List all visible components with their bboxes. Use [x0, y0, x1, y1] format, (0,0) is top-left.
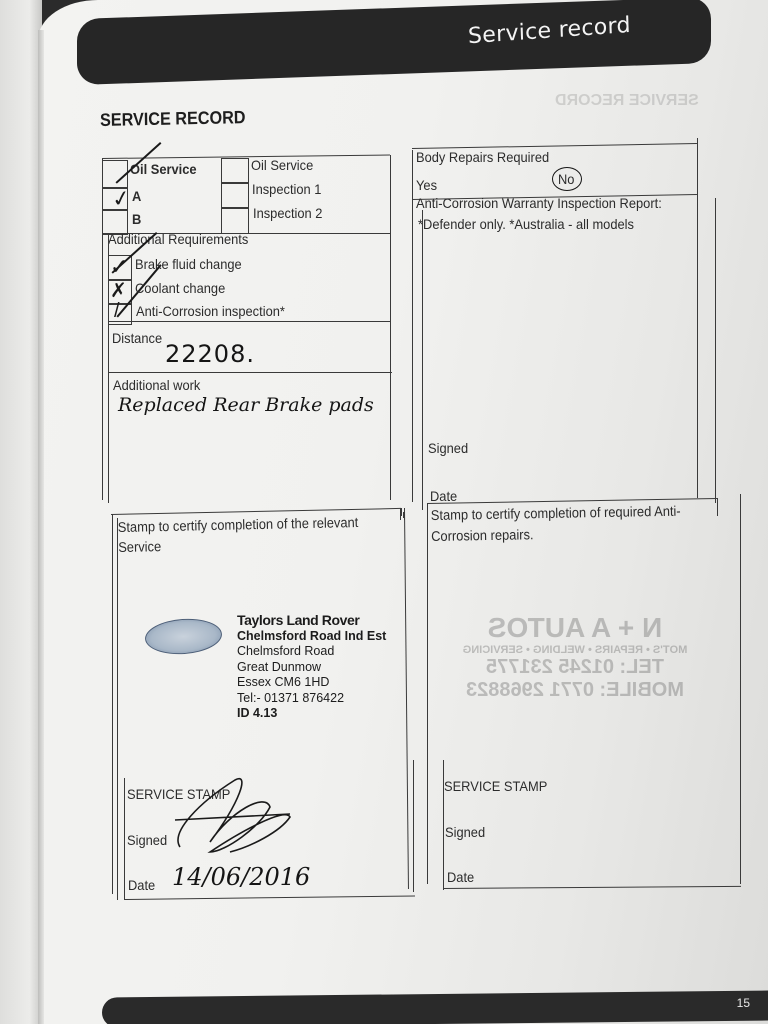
header-title: Service record — [468, 13, 632, 49]
inspection-2-label: Inspection 2 — [253, 205, 322, 221]
inspection-1-label: Inspection 1 — [252, 181, 321, 197]
brake-fluid-label: Brake fluid change — [135, 256, 242, 272]
anti-corrosion-note: *Defender only. *Australia - all models — [418, 216, 634, 232]
dealer-address-3: Great Dunmow — [237, 660, 386, 676]
additional-work-label: Additional work — [113, 377, 200, 393]
page-gutter — [38, 30, 44, 1024]
additional-work-value[interactable]: Replaced Rear Brake pads — [118, 394, 374, 416]
anti-corrosion-stamp-signed-label: Signed — [445, 824, 485, 840]
anti-corrosion-service-stamp-label: SERVICE STAMP — [444, 778, 547, 794]
bleed-through-heading: SERVICE RECORD — [555, 92, 699, 110]
anti-corrosion-stamp-label: Stamp to certify completion of required … — [431, 501, 689, 547]
dealer-id: ID 4.13 — [237, 706, 386, 722]
anti-corrosion-label: Anti-Corrosion inspection* — [136, 303, 285, 319]
coolant-label: Coolant change — [135, 280, 225, 296]
dealer-tel: Tel:- 01371 876422 — [237, 691, 386, 707]
signature-scribble[interactable] — [170, 772, 300, 862]
option-b-label: B — [132, 211, 141, 227]
checkbox-oil-service[interactable] — [221, 158, 249, 184]
anti-corrosion-stamp-date-label: Date — [447, 869, 474, 885]
left-page-edge — [0, 0, 42, 1024]
additional-requirements-title: Additional Requirements — [108, 231, 248, 247]
bleed-through-stamp: N + A AUTOS MOT'S • REPAIRS • WELDING • … — [440, 612, 710, 702]
dealer-stamp: Taylors Land Rover Chelmsford Road Ind E… — [237, 613, 386, 722]
checkbox-inspection-2[interactable] — [221, 207, 249, 234]
date-value[interactable]: 14/06/2016 — [172, 863, 310, 891]
date-label: Date — [128, 877, 155, 893]
page-heading: SERVICE RECORD — [100, 107, 246, 131]
body-repairs-yes[interactable]: Yes — [416, 177, 437, 193]
dealer-address-2: Chelmsford Road — [237, 644, 386, 660]
stamp-certify-label: Stamp to certify completion of the relev… — [118, 511, 395, 557]
page-number: 15 — [737, 996, 750, 1010]
dealer-address-1: Chelmsford Road Ind Est — [237, 629, 386, 645]
anti-corrosion-signed-label: Signed — [428, 440, 468, 456]
dealer-address-4: Essex CM6 1HD — [237, 675, 386, 691]
body-repairs-label: Body Repairs Required — [416, 149, 549, 165]
oil-service-title: Oil Service — [130, 161, 197, 177]
anti-corrosion-title: Anti-Corrosion Warranty Inspection Repor… — [416, 195, 662, 211]
checkbox-inspection-1[interactable] — [221, 182, 249, 209]
option-a-label: A — [132, 188, 141, 204]
distance-label: Distance — [112, 330, 162, 346]
distance-value[interactable]: 22208. — [165, 340, 255, 368]
footer-bar — [102, 991, 768, 1024]
oil-service-option-label: Oil Service — [251, 157, 313, 173]
body-repairs-no[interactable]: No — [558, 171, 574, 187]
dealer-name: Taylors Land Rover — [237, 613, 386, 629]
signed-label: Signed — [127, 832, 167, 848]
